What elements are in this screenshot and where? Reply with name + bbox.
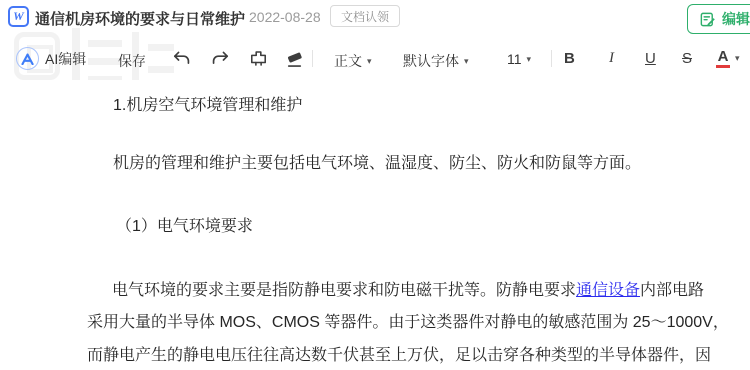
doc-heading-1: 1.机房空气环境管理和维护 xyxy=(113,96,302,116)
strikethrough-label: S xyxy=(682,50,692,67)
title-bar: W 通信机房环境的要求与日常维护 2022-08-28 文档认领 编辑文档 xyxy=(0,0,750,36)
font-size-dropdown[interactable]: 11 ▾ xyxy=(507,51,531,67)
paragraph-style-value: 正文 xyxy=(334,51,362,71)
chevron-down-icon: ▾ xyxy=(527,55,532,64)
italic-button[interactable]: I xyxy=(609,50,614,67)
chevron-down-icon: ▾ xyxy=(735,54,740,63)
font-family-value: 默认字体 xyxy=(403,51,459,71)
font-color-swatch xyxy=(716,65,730,68)
underline-button[interactable]: U xyxy=(645,50,656,67)
doc-paragraph-2-line-3: 而静电产生的静电电压往往高达数千伏甚至上万伏，足以击穿各种类型的半导体器件，因 xyxy=(87,346,711,366)
formatting-toolbar: AI编辑 保存 xyxy=(0,38,750,80)
edit-doc-icon xyxy=(699,11,716,28)
claim-document-badge[interactable]: 文档认领 xyxy=(330,5,400,27)
ai-edit-button[interactable]: AI编辑 xyxy=(16,47,86,70)
strikethrough-button[interactable]: S xyxy=(682,50,692,67)
paragraph-text: 电气环境的要求主要是指防静电要求和防电磁干扰等。防静电要求 xyxy=(112,282,576,299)
ai-edit-label: AI编辑 xyxy=(45,49,86,69)
undo-icon xyxy=(171,48,192,69)
doc-paragraph-2-line-2: 采用大量的半导体 MOS、CMOS 等器件。由于这类器件对静电的敏感范围为 25… xyxy=(87,313,729,333)
word-doc-icon: W xyxy=(8,6,29,27)
redo-icon xyxy=(210,48,231,69)
paragraph-text: 内部电路 xyxy=(640,282,704,299)
save-label: 保存 xyxy=(118,51,146,71)
doc-paragraph-1: 机房的管理和维护主要包括电气环境、温湿度、防尘、防火和防鼠等方面。 xyxy=(113,154,641,174)
font-size-value: 11 xyxy=(507,51,522,67)
underline-label: U xyxy=(645,50,656,67)
font-color-label: A xyxy=(718,49,729,64)
doc-heading-2: （1）电气环境要求 xyxy=(116,217,253,237)
document-canvas[interactable]: 1.机房空气环境管理和维护 机房的管理和维护主要包括电气环境、温湿度、防尘、防火… xyxy=(0,80,750,370)
document-title: 通信机房环境的要求与日常维护 xyxy=(35,8,245,29)
toolbar-divider xyxy=(312,50,313,67)
chevron-down-icon: ▾ xyxy=(464,57,469,66)
bold-label: B xyxy=(564,50,575,67)
doc-hyperlink[interactable]: 通信设备 xyxy=(576,282,640,299)
italic-label: I xyxy=(609,50,614,67)
save-button[interactable]: 保存 xyxy=(118,51,146,71)
toolbar-divider xyxy=(551,50,552,67)
redo-button[interactable] xyxy=(210,48,231,69)
doc-paragraph-2-line-1: 电气环境的要求主要是指防静电要求和防电磁干扰等。防静电要求通信设备内部电路 xyxy=(112,281,704,301)
ai-logo-icon xyxy=(16,47,39,70)
clear-format-icon xyxy=(284,48,305,69)
app-window: W 通信机房环境的要求与日常维护 2022-08-28 文档认领 编辑文档 xyxy=(0,0,750,370)
font-color-button[interactable]: A ▾ xyxy=(716,49,740,68)
font-family-dropdown[interactable]: 默认字体 ▾ xyxy=(403,51,469,71)
document-date: 2022-08-28 xyxy=(249,9,321,25)
edit-document-button[interactable]: 编辑文档 xyxy=(687,4,750,34)
undo-button[interactable] xyxy=(171,48,192,69)
bold-button[interactable]: B xyxy=(564,50,575,67)
format-painter-button[interactable] xyxy=(248,48,269,69)
format-painter-icon xyxy=(248,48,269,69)
paragraph-style-dropdown[interactable]: 正文 ▾ xyxy=(334,51,372,71)
edit-document-label: 编辑文档 xyxy=(722,9,750,29)
clear-format-button[interactable] xyxy=(284,48,305,69)
chevron-down-icon: ▾ xyxy=(367,57,372,66)
